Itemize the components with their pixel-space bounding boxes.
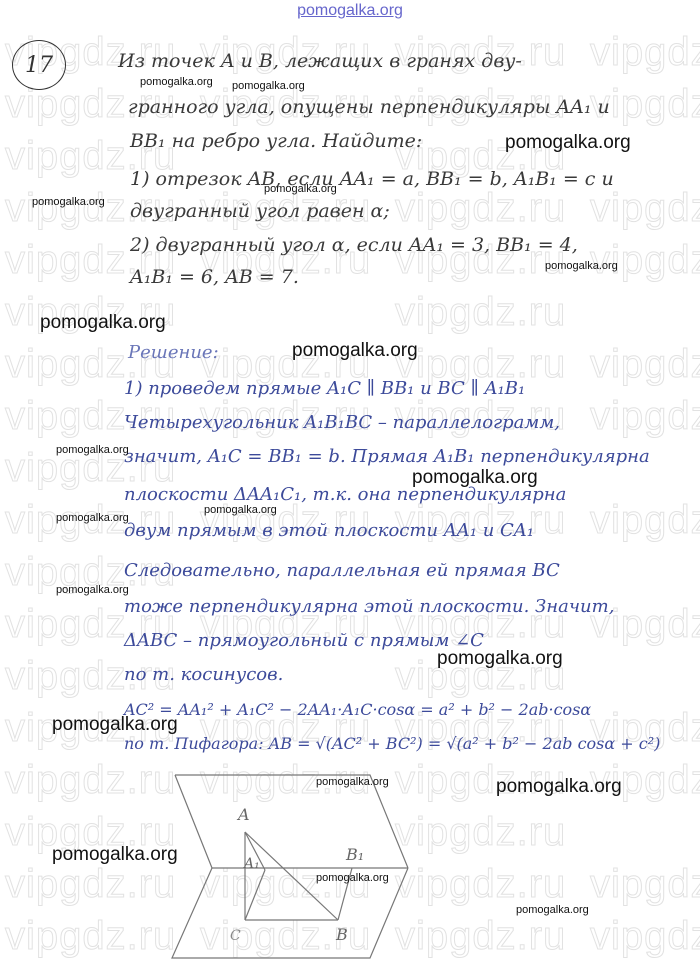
watermark: pomogalka.org xyxy=(56,444,129,456)
label-b1: B₁ xyxy=(345,845,364,864)
watermark: pomogalka.org xyxy=(412,467,538,489)
watermark: pomogalka.org xyxy=(545,260,618,272)
label-c: C xyxy=(230,928,241,944)
watermark: pomogalka.org xyxy=(140,76,213,88)
watermark: pomogalka.org xyxy=(232,80,305,92)
watermark: pomogalka.org xyxy=(316,776,389,788)
watermark: pomogalka.org xyxy=(204,504,277,516)
label-b: B xyxy=(335,925,348,944)
watermark: pomogalka.org xyxy=(52,844,178,866)
watermark: pomogalka.org xyxy=(505,132,631,154)
watermark: pomogalka.org xyxy=(437,648,563,670)
watermark: pomogalka.org xyxy=(496,776,622,798)
watermark: pomogalka.org xyxy=(56,512,129,524)
watermark: pomogalka.org xyxy=(292,340,418,362)
watermark: pomogalka.org xyxy=(56,584,129,596)
watermark: pomogalka.org xyxy=(264,183,337,195)
watermark: pomogalka.org xyxy=(40,312,166,334)
watermark: pomogalka.org xyxy=(316,872,389,884)
label-a1: A₁ xyxy=(242,856,260,872)
watermark: pomogalka.org xyxy=(32,196,105,208)
watermark: pomogalka.org xyxy=(52,714,178,736)
watermark: pomogalka.org xyxy=(516,904,589,916)
label-a: A xyxy=(236,805,250,824)
